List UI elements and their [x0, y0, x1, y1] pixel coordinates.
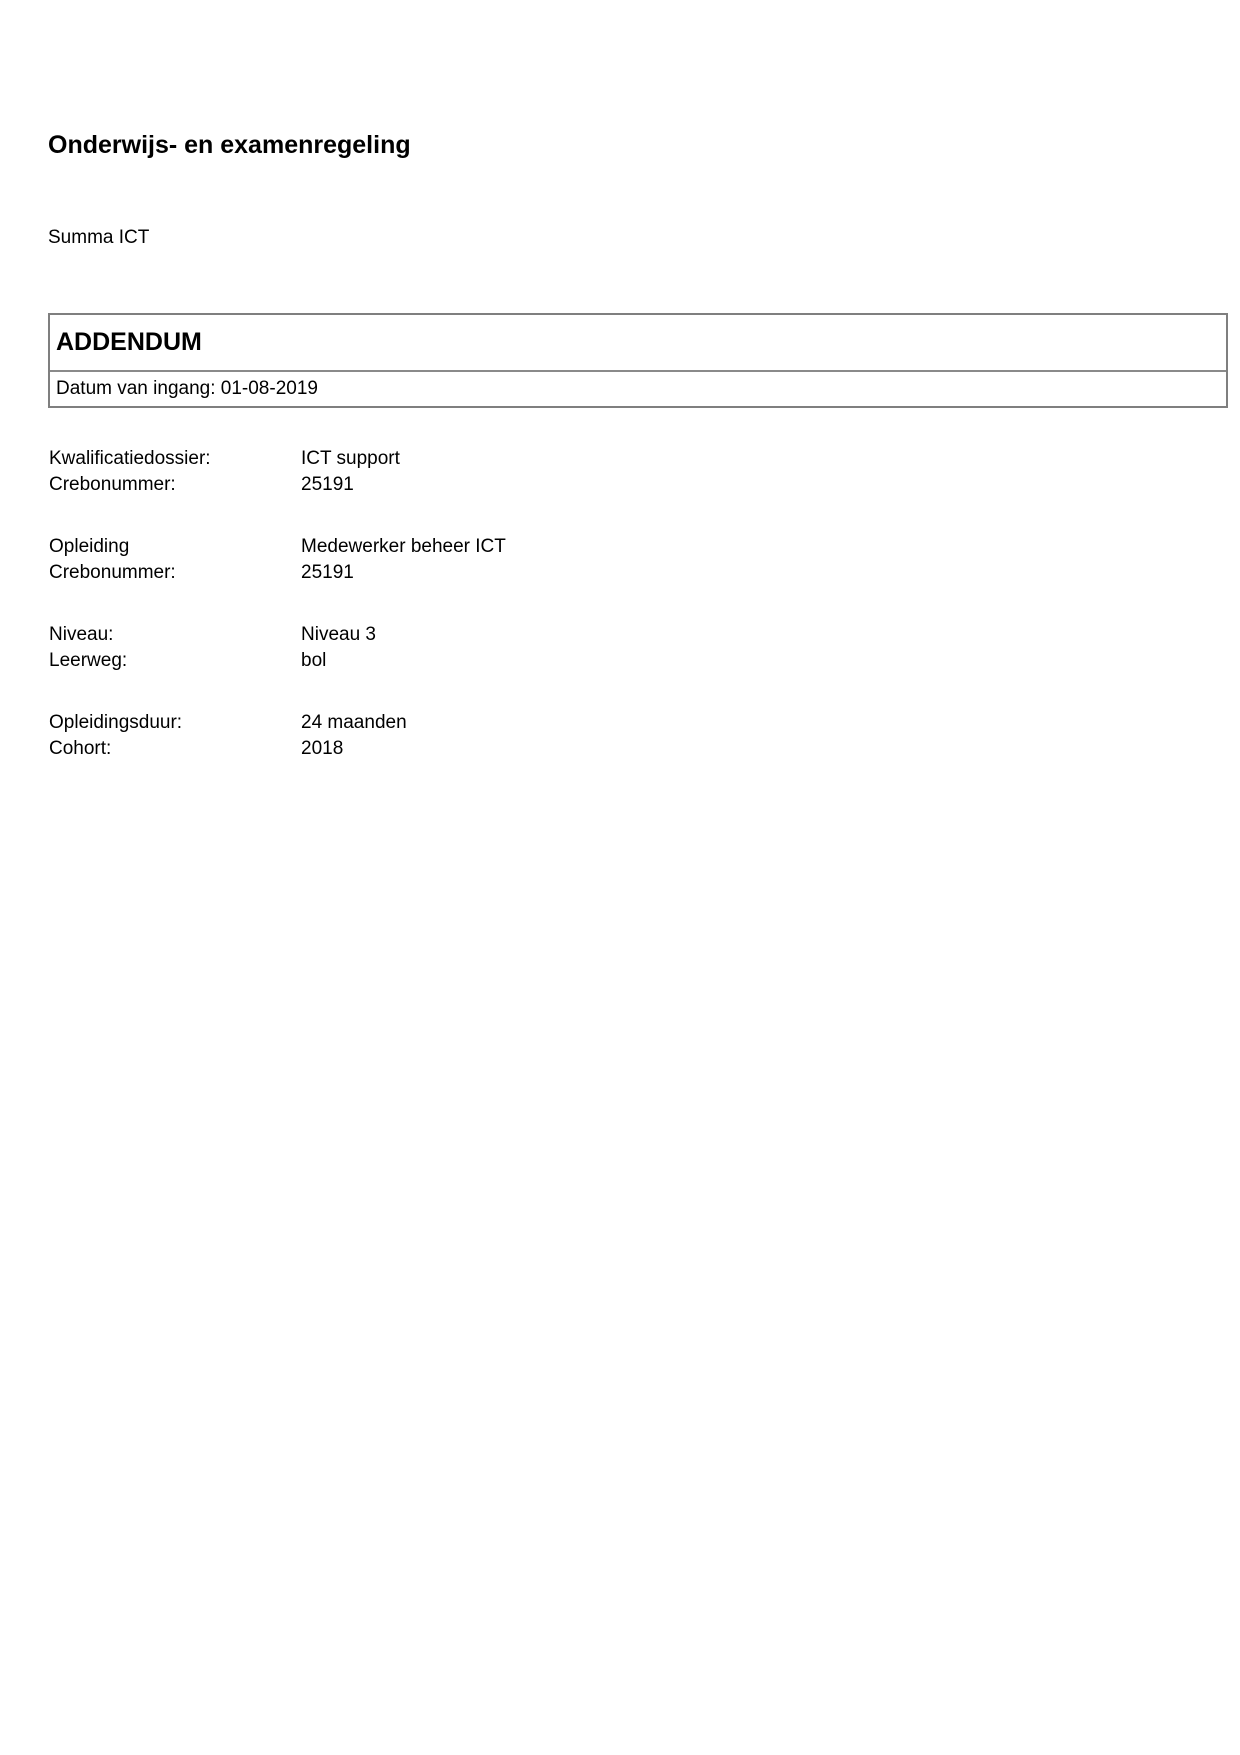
info-group-program: Opleiding Medewerker beheer ICT Crebonum…	[49, 534, 506, 586]
info-value: 2018	[301, 736, 343, 762]
info-row: Niveau: Niveau 3	[49, 622, 506, 648]
info-label: Leerweg:	[49, 648, 301, 674]
info-group-duration: Opleidingsduur: 24 maanden Cohort: 2018	[49, 710, 506, 762]
info-label: Crebonummer:	[49, 472, 301, 498]
info-label: Opleiding	[49, 534, 301, 560]
info-row: Crebonummer: 25191	[49, 472, 506, 498]
info-value: ICT support	[301, 446, 400, 472]
info-row: Crebonummer: 25191	[49, 560, 506, 586]
program-info: Kwalificatiedossier: ICT support Crebonu…	[49, 446, 506, 798]
info-label: Niveau:	[49, 622, 301, 648]
info-label: Cohort:	[49, 736, 301, 762]
info-label: Crebonummer:	[49, 560, 301, 586]
document-title: Onderwijs- en examenregeling	[48, 130, 411, 160]
info-group-level: Niveau: Niveau 3 Leerweg: bol	[49, 622, 506, 674]
info-row: Opleidingsduur: 24 maanden	[49, 710, 506, 736]
addendum-box: ADDENDUM Datum van ingang: 01-08-2019	[48, 313, 1228, 408]
info-row: Kwalificatiedossier: ICT support	[49, 446, 506, 472]
info-group-qualification: Kwalificatiedossier: ICT support Crebonu…	[49, 446, 506, 498]
info-label: Kwalificatiedossier:	[49, 446, 301, 472]
info-row: Cohort: 2018	[49, 736, 506, 762]
info-value: 24 maanden	[301, 710, 407, 736]
addendum-heading: ADDENDUM	[50, 315, 1226, 372]
info-value: Medewerker beheer ICT	[301, 534, 506, 560]
info-value: 25191	[301, 472, 354, 498]
info-value: Niveau 3	[301, 622, 376, 648]
organization-name: Summa ICT	[48, 226, 149, 250]
info-row: Leerweg: bol	[49, 648, 506, 674]
info-row: Opleiding Medewerker beheer ICT	[49, 534, 506, 560]
effective-date: Datum van ingang: 01-08-2019	[50, 372, 1226, 406]
info-value: 25191	[301, 560, 354, 586]
info-label: Opleidingsduur:	[49, 710, 301, 736]
info-value: bol	[301, 648, 326, 674]
